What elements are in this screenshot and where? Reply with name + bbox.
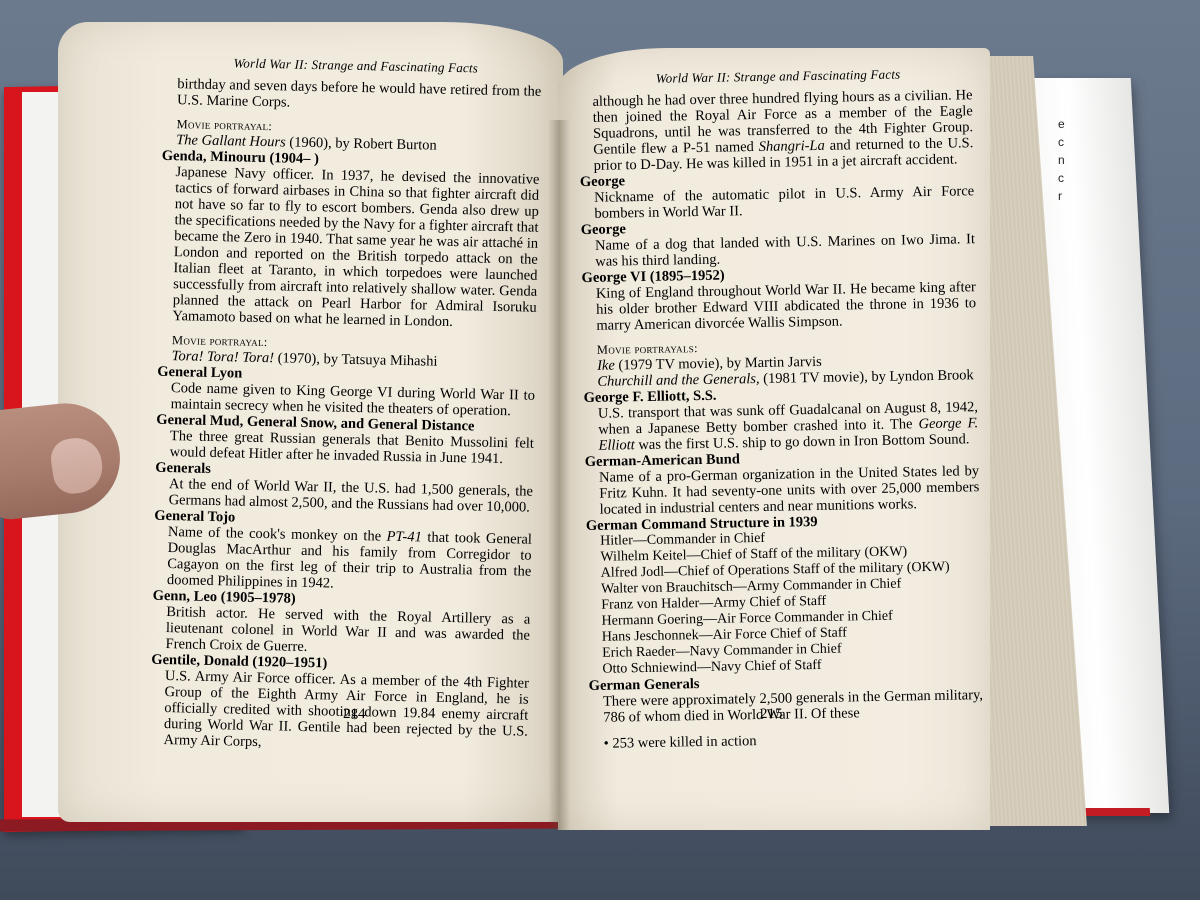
entry-body: Name of a pro-German organization in the… (599, 463, 980, 518)
entry-body: Japanese Navy officer. In 1937, he devis… (172, 164, 539, 332)
book-gutter (548, 120, 570, 830)
left-page-text: World War II: Strange and Fascinating Fa… (155, 54, 541, 756)
dust-jacket-text: e c n c r (1058, 115, 1068, 205)
entry-body: British actor. He served with the Royal … (165, 604, 530, 660)
entry-body: although he had over three hundred flyin… (592, 87, 973, 174)
entry-body: King of England throughout World War II.… (596, 279, 977, 334)
entry-body: Name of the cook's monkey on the PT-41 t… (167, 524, 532, 596)
page-number-left: 214 (343, 706, 366, 723)
entry-body: birthday and seven days before he would … (177, 76, 542, 116)
entry-body: U.S. transport that was sunk off Guadalc… (598, 399, 979, 454)
page-number-right: 215 (760, 706, 783, 723)
left-page-entries: birthday and seven days before he would … (155, 76, 541, 756)
right-page-text: World War II: Strange and Fascinating Fa… (584, 65, 984, 752)
right-page-entries: although he had over three hundred flyin… (584, 87, 983, 752)
entry-body: There were approximately 2,500 generals … (603, 687, 984, 726)
